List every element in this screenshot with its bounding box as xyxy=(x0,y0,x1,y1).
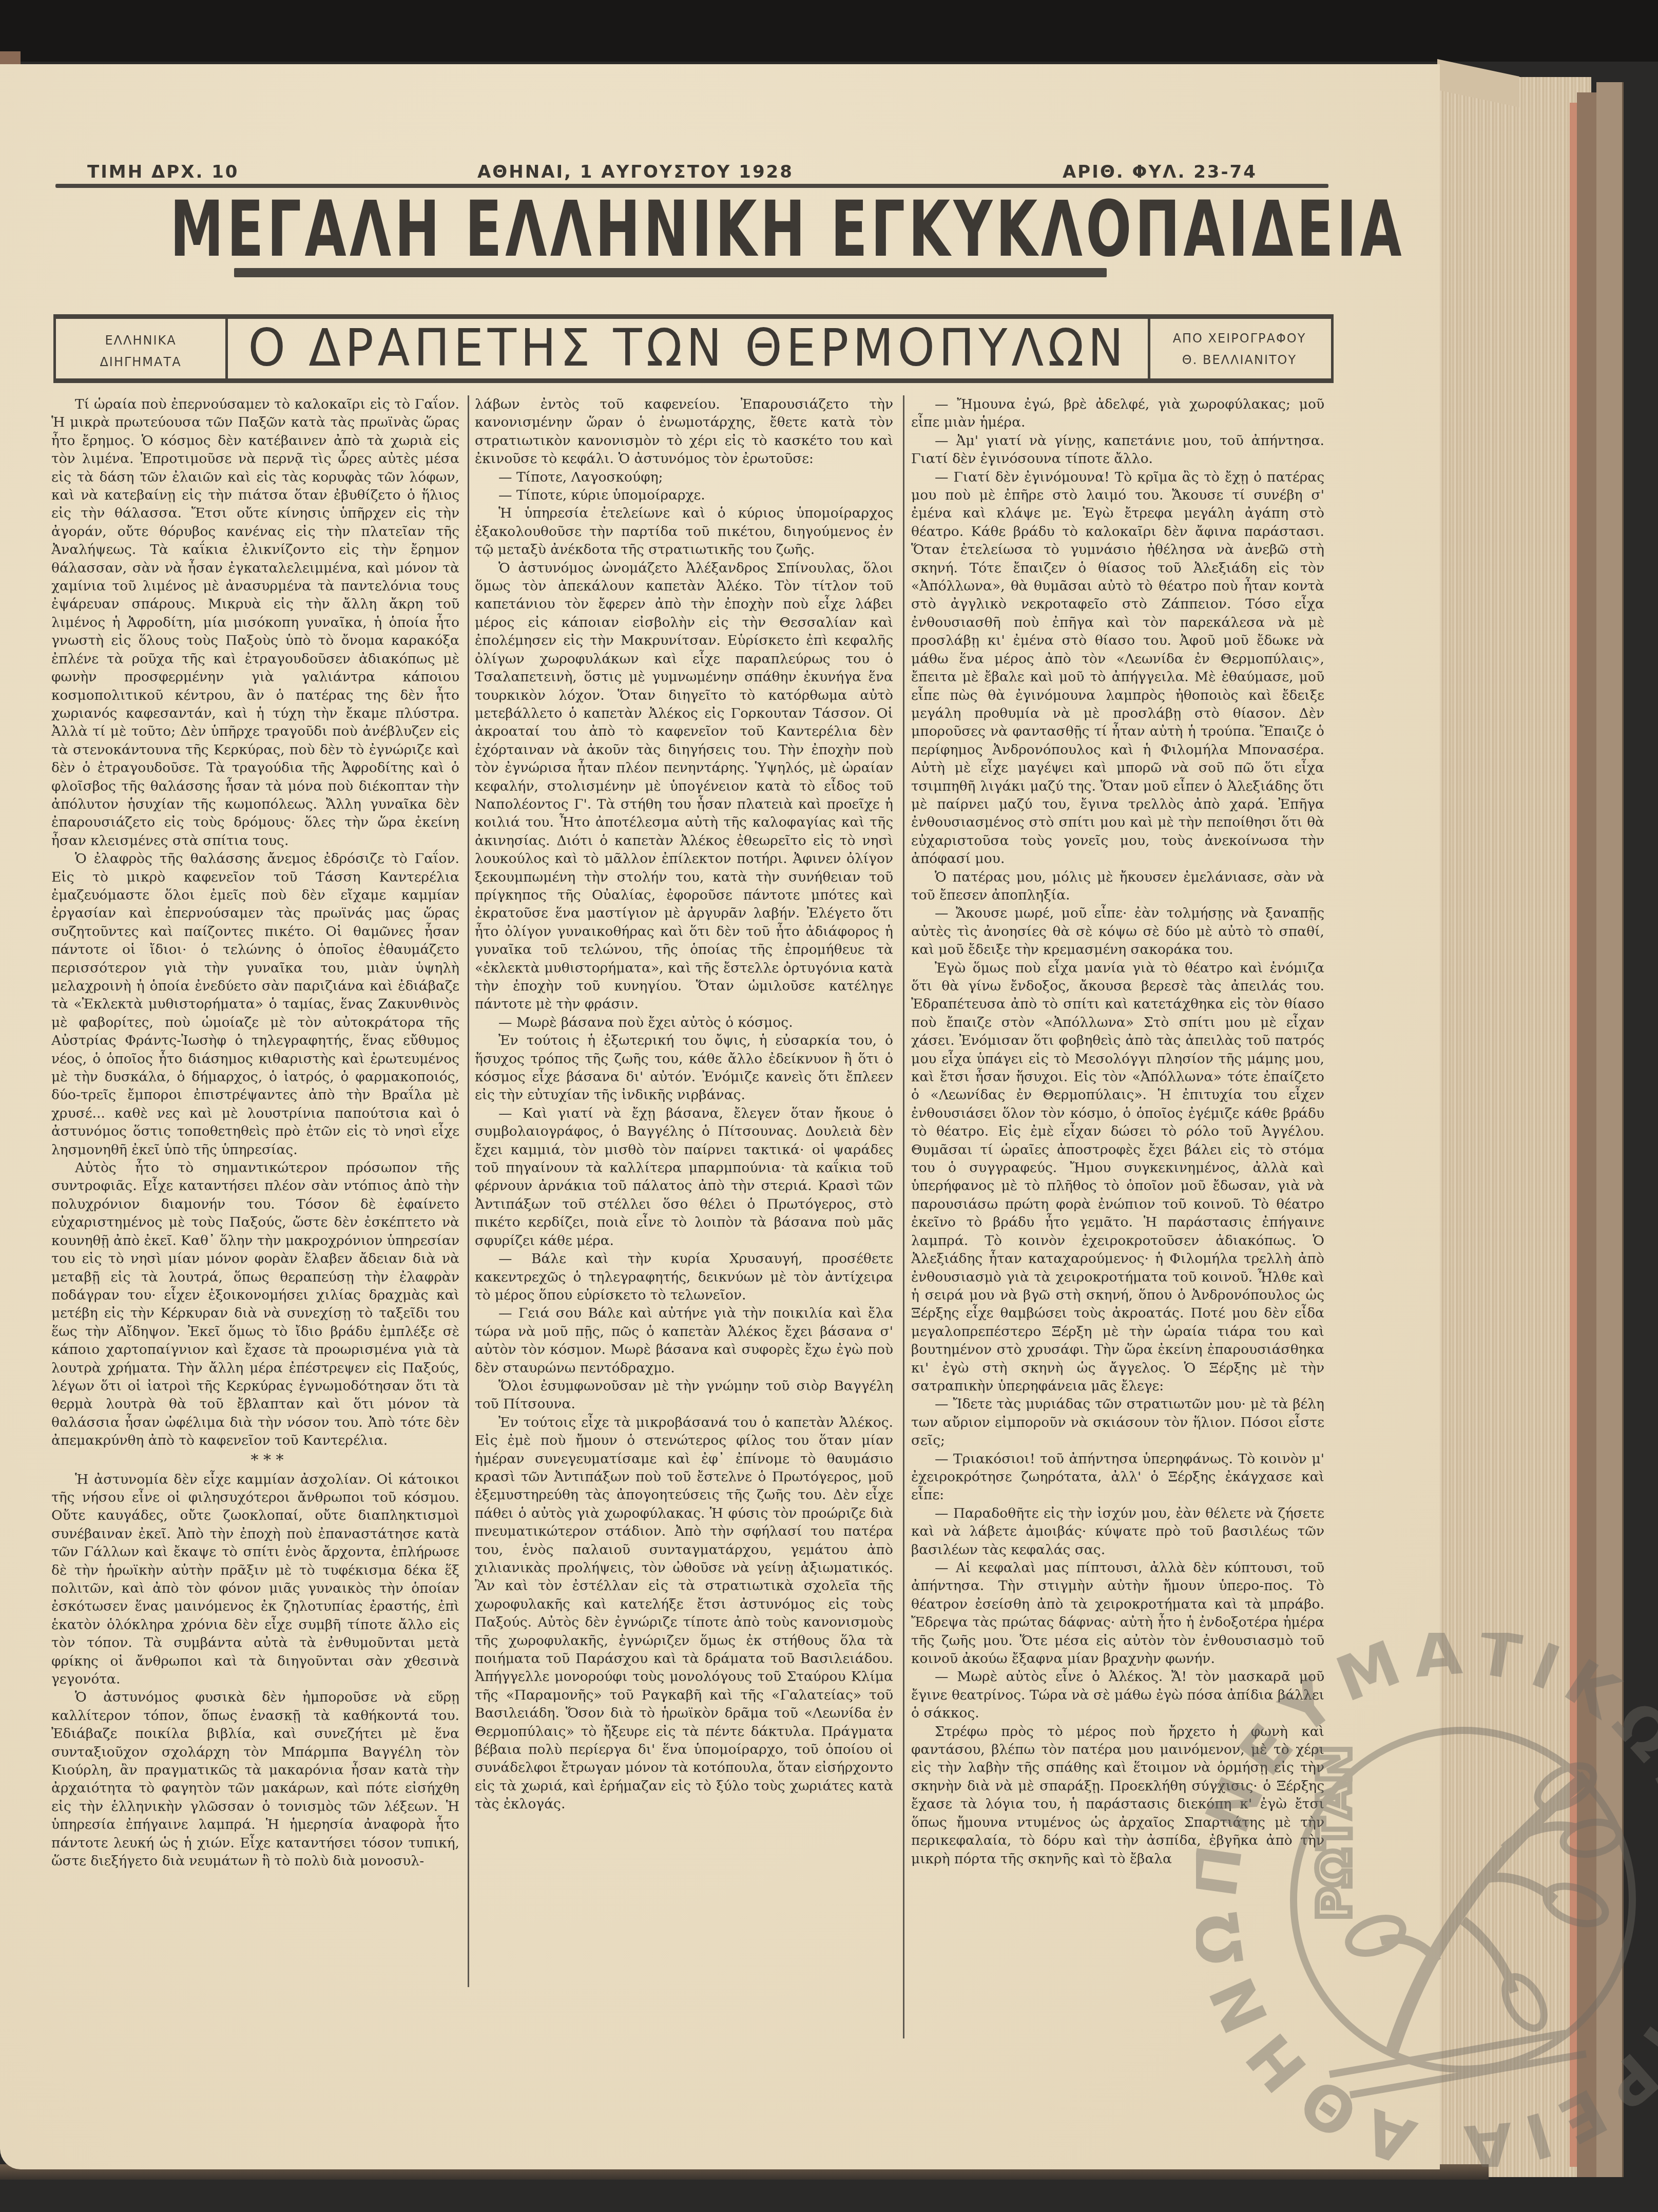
dialogue-line: — Τριακόσιοι! τοῦ ἀπήντησα ὑπερηφάνως. Τ… xyxy=(911,1450,1324,1504)
dialogue-line: — Γιατί δὲν ἐγινόμουνα! Τὸ κρῖμα ἂς τὸ ἔ… xyxy=(911,468,1324,868)
paragraph: Ὁ πατέρας μου, μόλις μὲ ἤκουσεν ἐμελάνια… xyxy=(911,868,1324,905)
column-rule-1 xyxy=(468,395,469,1987)
masthead-title: ΜΕΓΑΛΗ ΕΛΛΗΝΙΚΗ ΕΓΚΥΚΛΟΠΑΙΔΕΙΑ xyxy=(170,194,1214,265)
dialogue-line: — Ἤμουνα ἐγώ, βρὲ ἀδελφέ, γιὰ χωροφύλακα… xyxy=(911,395,1324,432)
scan-background-top xyxy=(0,0,1658,62)
paragraph: Ὅλοι ἐσυμφωνοῦσαν μὲ τὴν γνώμην τοῦ σιὸρ… xyxy=(475,1377,893,1414)
text-column-3: — Ἤμουνα ἐγώ, βρὲ ἀδελφέ, γιὰ χωροφύλακα… xyxy=(911,395,1324,1868)
header-issue-number: ΑΡΙΘ. ΦΥΛ. 23-74 xyxy=(1063,162,1257,182)
story-source-line1: ΑΠΟ ΧΕΙΡΟΓΡΑΦΟΥ xyxy=(1150,331,1328,346)
paragraph: Αὐτὸς ἦτο τὸ σημαντικώτερον πρόσωπον τῆς… xyxy=(51,1159,459,1450)
header-price: ΤΙΜΗ ΔΡΧ. 10 xyxy=(87,162,239,182)
paragraph: Ἡ ὑπηρεσία ἐτελείωνε καὶ ὁ κύριος ὑπομοί… xyxy=(475,504,893,559)
dialogue-line: — Ἴδετε τὰς μυριάδας τῶν στρατιωτῶν μου·… xyxy=(911,1395,1324,1450)
text-column-1: Τί ὡραία ποὺ ἐπερνούσαμεν τὸ καλοκαῖρι ε… xyxy=(51,395,459,1871)
paragraph: Ἐν τούτοις ἡ ἐξωτερική του ὄψις, ἡ εὐσαρ… xyxy=(475,1032,893,1104)
dialogue-line: — Τίποτε, Λαγοσκούφη; xyxy=(475,468,893,486)
column-rule-2 xyxy=(903,395,904,2038)
dialogue-line: — Ἄκουσε μωρέ, μοῦ εἶπε· ἐὰν τολμήσῃς νὰ… xyxy=(911,904,1324,959)
book-binding-red-stripe xyxy=(1570,103,1577,2167)
dialogue-line: — Τίποτε, κύριε ὑπομοίραρχε. xyxy=(475,486,893,504)
paragraph: Ὁ ἐλαφρὸς τῆς θαλάσσης ἄνεμος ἐδρόσιζε τ… xyxy=(51,850,459,1159)
paragraph: Ἐν τούτοις εἶχε τὰ μικροβάσανά του ὁ καπ… xyxy=(475,1414,893,1814)
dialogue-line: — Καὶ γιατί νὰ ἔχῃ βάσανα, ἔλεγεν ὅταν ἤ… xyxy=(475,1104,893,1250)
section-label-line1: ΕΛΛΗΝΙΚΑ xyxy=(56,333,225,348)
story-author: Θ. ΒΕΛΛΙΑΝΙΤΟΥ xyxy=(1150,353,1328,367)
masthead-underline-bar xyxy=(234,268,1107,277)
dialogue-line: — Μωρὲ αὐτὸς εἶνε ὁ Ἀλέκος. Ἄ! τὸν μασκα… xyxy=(911,1668,1324,1722)
text-column-2: λάβων ἐντὸς τοῦ καφενείου. Ἐπαρουσιάζετο… xyxy=(475,395,893,1814)
paragraph: Στρέφω πρὸς τὸ μέρος ποὺ ἤρχετο ἡ φωνὴ κ… xyxy=(911,1723,1324,1868)
dialogue-line: — Ἀμ' γιατί νὰ γίνῃς, καπετάνιε μου, τοῦ… xyxy=(911,432,1324,468)
book-cover-torn-edge xyxy=(1596,82,1624,2177)
header-dateline: ΑΘΗΝΑΙ, 1 ΑΥΓΟΥΣΤΟΥ 1928 xyxy=(477,162,794,182)
dialogue-line: — Βάλε καὶ τὴν κυρία Χρυσαυγή, προσέθετε… xyxy=(475,1250,893,1304)
paragraph: Τί ὡραία ποὺ ἐπερνούσαμεν τὸ καλοκαῖρι ε… xyxy=(51,395,459,850)
dialogue-line: — Γειά σου Βάλε καὶ αὐτήνε γιὰ τὴν ποικι… xyxy=(475,1304,893,1377)
paragraph: λάβων ἐντὸς τοῦ καφενείου. Ἐπαρουσιάζετο… xyxy=(475,395,893,468)
section-label-line2: ΔΙΗΓΗΜΑΤΑ xyxy=(56,355,225,369)
book-page-stack-edge xyxy=(1437,77,1591,2177)
story-title: Ο ΔΡΑΠΕΤΗΣ ΤΩΝ ΘΕΡΜΟΠΥΛΩΝ xyxy=(228,316,1148,380)
story-title-box: ΕΛΛΗΝΙΚΑ ΔΙΗΓΗΜΑΤΑ Ο ΔΡΑΠΕΤΗΣ ΤΩΝ ΘΕΡΜΟΠ… xyxy=(53,314,1334,383)
story-source: ΑΠΟ ΧΕΙΡΟΓΡΑΦΟΥ Θ. ΒΕΛΛΙΑΝΙΤΟΥ xyxy=(1148,319,1328,378)
section-label: ΕΛΛΗΝΙΚΑ ΔΙΗΓΗΜΑΤΑ xyxy=(56,319,228,378)
paragraph: Ἡ ἀστυνομία δὲν εἶχε καμμίαν ἀσχολίαν. Ο… xyxy=(51,1471,459,1689)
paragraph: Ὁ ἀστυνόμος ὠνομάζετο Ἀλέξανδρος Σπίνουλ… xyxy=(475,559,893,1014)
page-header: ΤΙΜΗ ΔΡΧ. 10 ΑΘΗΝΑΙ, 1 ΑΥΓΟΥΣΤΟΥ 1928 ΑΡ… xyxy=(0,162,1440,182)
dialogue-line: — Αἱ κεφαλαὶ μας πίπτουσι, ἀλλὰ δὲν κύπτ… xyxy=(911,1559,1324,1668)
paragraph: Ἐγὼ ὅμως ποὺ εἶχα μανία γιὰ τὸ θέατρο κα… xyxy=(911,959,1324,1396)
dialogue-line: — Μωρὲ βάσανα ποὺ ἔχει αὐτὸς ὁ κόσμος. xyxy=(475,1014,893,1032)
section-divider-asterisks: * * * xyxy=(51,1450,459,1471)
dialogue-line: — Παραδοθῆτε εἰς τὴν ἰσχύν μου, ἐὰν θέλε… xyxy=(911,1504,1324,1559)
paragraph: Ὁ ἀστυνόμος φυσικὰ δὲν ἠμποροῦσε νὰ εὕρῃ… xyxy=(51,1688,459,1870)
